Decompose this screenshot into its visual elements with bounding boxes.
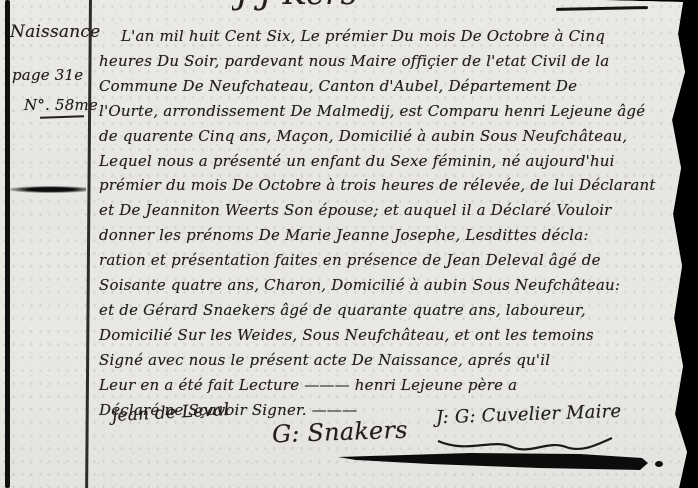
body-text-line: de quarente Cinq ans, Maçon, Domicilié à…	[99, 124, 681, 149]
body-text-line: Leur en a été fait Lecture ——— henri Lej…	[99, 373, 681, 398]
body-text-line: Lequel nous a présenté un enfant du Sexe…	[99, 149, 681, 174]
margin-act-number-underline	[40, 115, 84, 119]
body-text-line: donner les prénoms De Marie Jeanne Josep…	[99, 223, 681, 248]
body-text-line: L'an mil huit Cent Six, Le prémier Du mo…	[99, 24, 681, 49]
margin-rule-line	[85, 0, 91, 488]
document-scan: J J Kers Naissance page 31e N°. 58me L'a…	[0, 0, 698, 488]
previous-entry-signature-text: J J Kers	[236, 0, 357, 12]
previous-entry-signature-fragment: J J Kers	[232, 0, 447, 15]
signature-g-snakers: G: Snakers	[272, 416, 409, 449]
margin-page-number: page 31e	[12, 66, 83, 84]
body-text-line: Signé avec nous le présent acte De Naiss…	[99, 348, 681, 373]
body-text-line: heures Du Soir, pardevant nous Maire off…	[99, 49, 681, 74]
ink-fleck	[655, 461, 663, 467]
margin-ink-mark	[8, 186, 86, 193]
body-text-line: l'Ourte, arrondissement De Malmedij, est…	[99, 99, 681, 124]
body-text-line: et de Gérard Snaekers âgé de quarante qu…	[99, 298, 681, 323]
left-binding-line	[5, 0, 10, 488]
body-text-line: et De Jeanniton Weerts Son épouse; et au…	[99, 198, 681, 223]
bottom-ink-stroke-bar	[338, 453, 648, 470]
body-text-line: ration et présentation faites en présenc…	[99, 248, 681, 273]
margin-act-number: N°. 58me	[24, 96, 98, 114]
previous-entry-flourish-line	[556, 6, 648, 11]
paper-page: J J Kers Naissance page 31e N°. 58me L'a…	[0, 0, 698, 488]
body-text-line: Commune De Neufchateau, Canton d'Aubel, …	[99, 74, 681, 99]
body-text-line: Soisante quatre ans, Charon, Domicilié à…	[99, 273, 681, 298]
margin-column: Naissance page 31e N°. 58me	[10, 22, 88, 42]
body-text-line: prémier du mois De Octobre à trois heure…	[99, 173, 681, 198]
mayor-signature-flourish	[438, 438, 612, 449]
body-text-line: Domicilié Sur les Weides, Sous Neufchâte…	[99, 323, 681, 348]
body-text: L'an mil huit Cent Six, Le prémier Du mo…	[99, 24, 681, 423]
margin-record-type: Naissance	[10, 22, 88, 42]
